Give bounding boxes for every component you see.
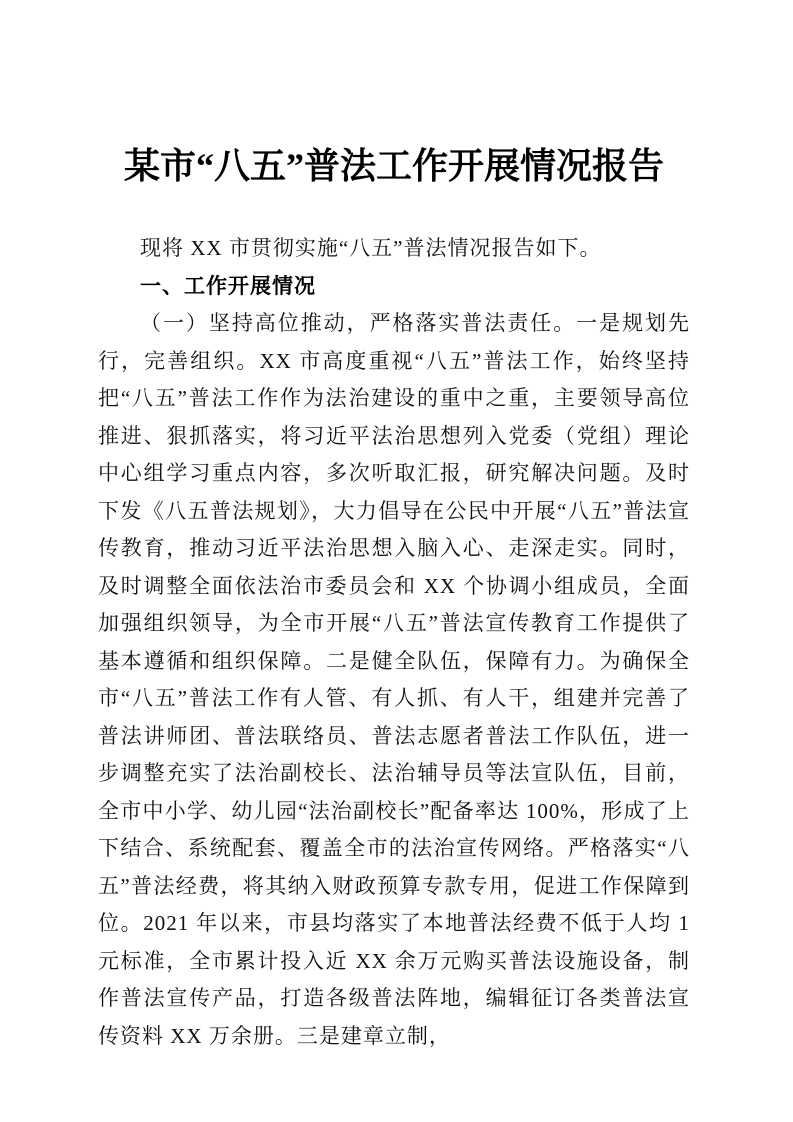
section-1-paragraph-1: （一）坚持高位推动，严格落实普法责任。一是规划先行，完善组织。XX 市高度重视“…	[98, 305, 690, 1055]
document-title: 某市“八五”普法工作开展情况报告	[98, 140, 690, 192]
intro-paragraph: 现将 XX 市贯彻实施“八五”普法情况报告如下。	[98, 230, 690, 268]
document-body: 现将 XX 市贯彻实施“八五”普法情况报告如下。 一、工作开展情况 （一）坚持高…	[98, 230, 690, 1055]
section-heading-1: 一、工作开展情况	[98, 268, 690, 306]
document-page: 某市“八五”普法工作开展情况报告 现将 XX 市贯彻实施“八五”普法情况报告如下…	[0, 0, 793, 1122]
